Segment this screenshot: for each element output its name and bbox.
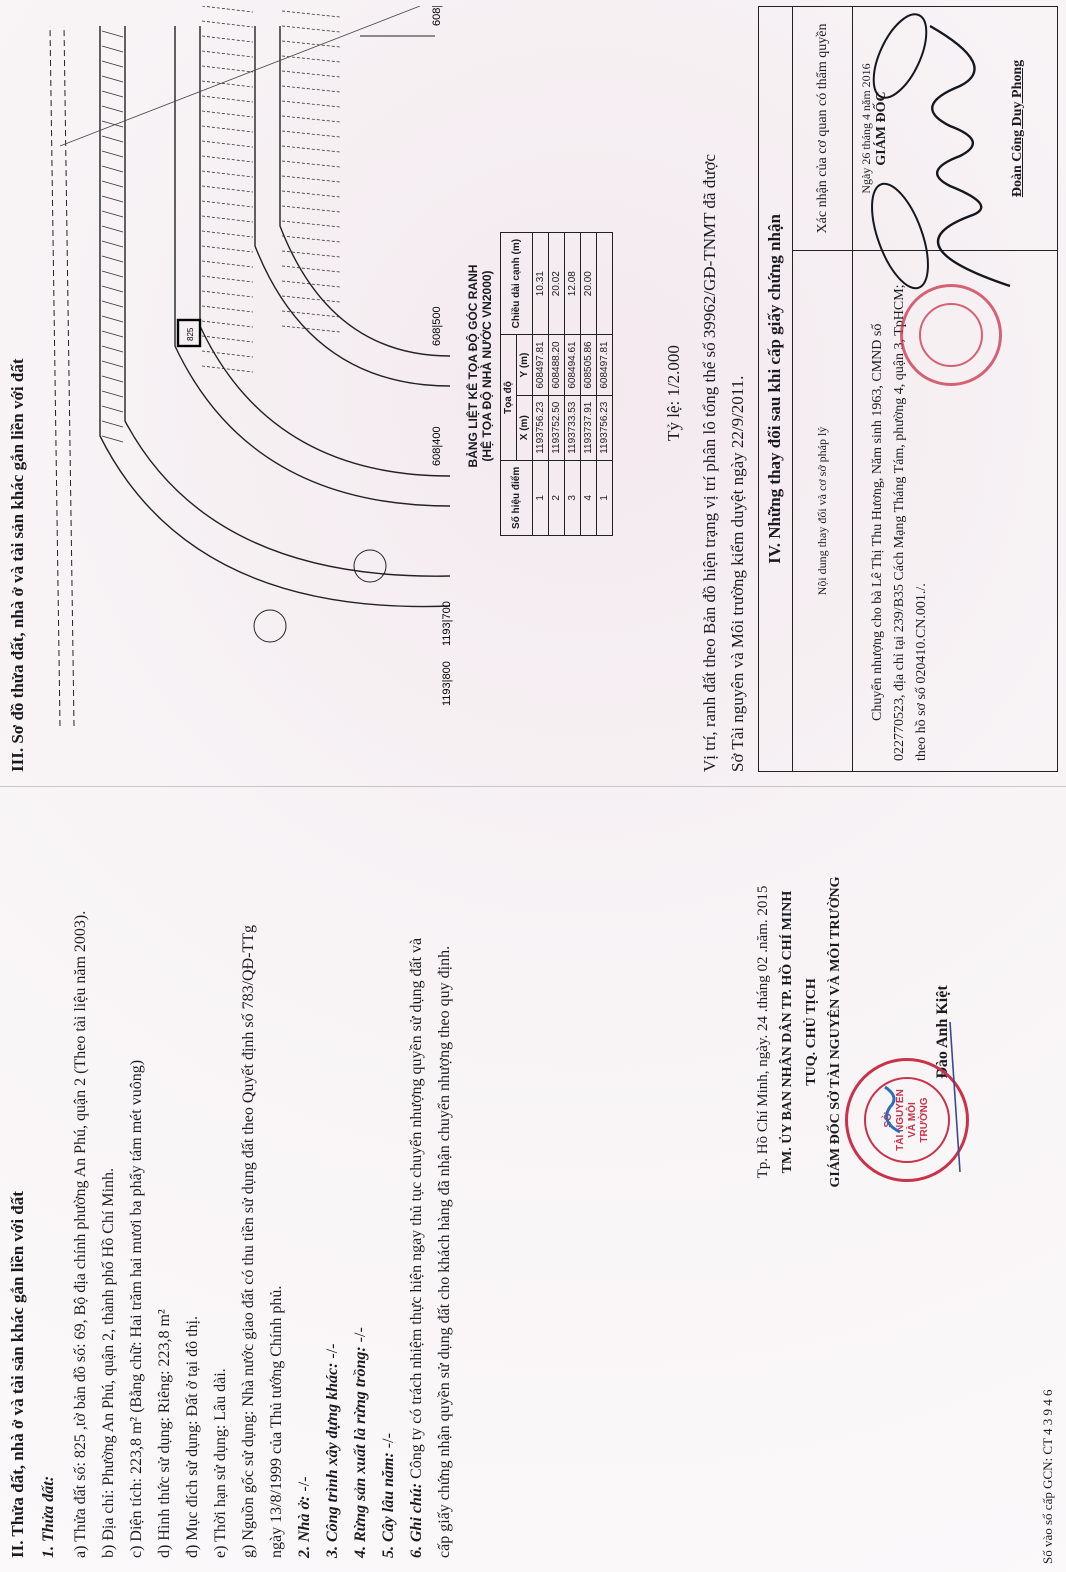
official-red-stamp: SỞ TÀI NGUYÊN VÀ MÔI TRƯỜNG: [845, 1058, 969, 1182]
construction-line: 3. Công trình xây dựng khác: -/-: [324, 1343, 342, 1558]
coords-cell-y: 608497.81: [533, 335, 549, 395]
confirmation-signature: Ngày 26 tháng 4 năm 2016 GIÁM ĐỐC Đoàn C…: [853, 7, 1058, 251]
coords-table-row: 11193756.23608497.81: [597, 232, 613, 535]
origin-line: g) Nguồn gốc sử dụng: Nhà nước giao đất …: [240, 925, 258, 1558]
coords-cell-length: 12.08: [565, 232, 581, 334]
col-confirmation: Xác nhận của cơ quan có thẩm quyền: [793, 7, 853, 251]
col-coord-group: Tọa độ: [501, 335, 517, 460]
coords-cell-x: 1193752.50: [549, 395, 565, 460]
confirm-date: Ngày 26 tháng 4 năm 2016: [859, 17, 874, 240]
forest-line: 4. Rừng sản xuất là rừng trồng: -/-: [352, 1327, 370, 1558]
confirm-title: GIÁM ĐỐC: [874, 17, 890, 240]
confirmation-red-stamp: [900, 284, 1002, 386]
house-value: -/-: [296, 1477, 313, 1496]
stamp-line: SỞ: [883, 1112, 895, 1127]
parcel-number-line: a) Thửa đất số: 825 ,tờ bản đồ số: 69, B…: [72, 911, 90, 1558]
perennial-line: 5. Cây lâu năm: -/-: [380, 1433, 398, 1558]
coords-cell-length: 20.00: [581, 232, 597, 334]
land-heading: 1. Thửa đất:: [40, 1476, 58, 1558]
issue-place-date: Tp. Hồ Chí Minh, ngày. 24 .tháng 02 .năm…: [755, 822, 772, 1242]
col-length: Chiều dài cạnh (m): [501, 232, 533, 334]
section-4-title: IV. Những thay đổi sau khi cấp giấy chứn…: [759, 7, 793, 772]
issuer-org: TM. ỦY BAN NHÂN DÂN TP. HỒ CHÍ MINH: [780, 822, 796, 1242]
coords-cell-x: 1193756.23: [533, 395, 549, 460]
left-page: II. Thửa đất, nhà ở và tài sản khác gắn …: [0, 786, 1066, 1572]
col-y: Y (m): [517, 335, 533, 395]
coords-cell-length: 20.02: [549, 232, 565, 334]
coords-cell-x: 1193733.53: [565, 395, 581, 460]
issuer-delegation: TUQ. CHỦ TỊCH: [804, 822, 820, 1242]
land-certificate-spread: II. Thửa đất, nhà ở và tài sản khác gắn …: [0, 0, 1066, 1572]
coords-table-title: BẢNG LIỆT KÊ TỌA ĐỘ GÓC RANH (HỆ TỌA ĐỘ …: [466, 176, 494, 556]
coords-title-line2: (HỆ TỌA ĐỘ NHÀ NƯỚC VN2000): [480, 176, 494, 556]
corner-coordinates-table: Số hiệu điểm Tọa độ Chiều dài cạnh (m) X…: [500, 232, 613, 536]
issuer-title: GIÁM ĐỐC SỞ TÀI NGUYÊN VÀ MÔI TRƯỜNG: [828, 822, 844, 1242]
coords-cell-y: 608497.81: [597, 335, 613, 395]
usage-term-line: e) Thời hạn sử dụng: Lâu dài.: [212, 1368, 230, 1558]
stamp-line: VÀ MÔI TRƯỜNG: [907, 1079, 931, 1161]
coords-cell-length: [597, 232, 613, 334]
position-note-cont: Sở Tài nguyên và Môi trường kiểm duyệt n…: [728, 376, 748, 772]
coords-cell-y: 608488.20: [549, 335, 565, 395]
usage-form-line: d) Hình thức sử dụng: Riêng: 223,8 m²: [156, 1309, 174, 1558]
forest-label: 4. Rừng sản xuất là rừng trồng:: [352, 1346, 369, 1558]
perennial-label: 5. Cây lâu năm:: [380, 1452, 397, 1558]
coords-cell-x: 1193737.91: [581, 395, 597, 460]
coords-table-row: 21193752.50608488.2020.02: [549, 232, 565, 535]
coords-cell-y: 608494.61: [565, 335, 581, 395]
col-point: Số hiệu điểm: [501, 460, 533, 535]
coords-title-line1: BẢNG LIỆT KÊ TỌA ĐỘ GÓC RANH: [466, 176, 480, 556]
coords-cell-y: 608505.86: [581, 335, 597, 395]
svg-text:1193|800: 1193|800: [441, 661, 453, 706]
coords-cell-length: 10.31: [533, 232, 549, 334]
note-label: 6. Ghi chú:: [408, 1483, 425, 1558]
coords-cell-point: 3: [565, 460, 581, 535]
coords-table-row: 31193733.53608494.6112.08: [565, 232, 581, 535]
coords-cell-point: 4: [581, 460, 597, 535]
changes-table: IV. Những thay đổi sau khi cấp giấy chứn…: [758, 6, 1058, 772]
issuer-name: Đào Anh Kiệt: [934, 822, 952, 1242]
house-label: 2. Nhà ở:: [296, 1496, 313, 1558]
address-line: b) Địa chỉ: Phường An Phú, quận 2, thành…: [100, 1168, 118, 1558]
svg-text:608|500: 608|500: [431, 6, 443, 26]
registry-number: Số vào sổ cấp GCN: CT 4 3 9 4 6: [1040, 1389, 1056, 1564]
section-2-title: II. Thửa đất, nhà ở và tài sản khác gắn …: [8, 1191, 28, 1558]
position-note: Vị trí, ranh đất theo Bản đồ hiện trạng …: [700, 154, 720, 772]
coords-cell-point: 2: [549, 460, 565, 535]
coords-table-row: 41193737.91608505.8620.00: [581, 232, 597, 535]
origin-line-cont: ngày 13/8/1999 của Thủ tướng Chính phủ.: [268, 1286, 286, 1558]
construction-value: -/-: [324, 1343, 341, 1362]
section-3-title: III. Sơ đồ thửa đất, nhà ở và tài sản kh…: [8, 359, 28, 773]
forest-value: -/-: [352, 1327, 369, 1346]
svg-text:608|500: 608|500: [431, 306, 443, 346]
note-text: Công ty có trách nhiệm thực hiện ngay th…: [408, 938, 425, 1483]
confirm-name: Đoàn Công Duy Phong: [1010, 17, 1026, 240]
parcel-map-drawing: 8251193|8001193|700608|400608|500608|500: [40, 6, 460, 766]
right-page: III. Sơ đồ thửa đất, nhà ở và tài sản kh…: [0, 0, 1066, 786]
usage-purpose-line: đ) Mục đích sử dụng: Đất ở tại đô thị.: [184, 1316, 202, 1558]
svg-text:608|400: 608|400: [431, 426, 443, 466]
construction-label: 3. Công trình xây dựng khác:: [324, 1363, 341, 1558]
col-change-content: Nội dung thay đổi và cơ sở pháp lý: [793, 251, 853, 772]
coords-cell-point: 1: [533, 460, 549, 535]
note-line-cont: cấp giấy chứng nhận quyền sử dụng đất ch…: [436, 946, 454, 1558]
note-line: 6. Ghi chú: Công ty có trách nhiệm thực …: [408, 938, 426, 1558]
coords-table-row: 11193756.23608497.8110.31: [533, 232, 549, 535]
perennial-value: -/-: [380, 1433, 397, 1452]
col-x: X (m): [517, 395, 533, 460]
coords-cell-x: 1193756.23: [597, 395, 613, 460]
coords-cell-point: 1: [597, 460, 613, 535]
area-line: c) Diện tích: 223,8 m² (Bằng chữ: Hai tr…: [128, 1060, 146, 1558]
svg-text:825: 825: [186, 327, 195, 341]
svg-text:1193|700: 1193|700: [441, 601, 453, 646]
stamp-line: TÀI NGUYÊN: [895, 1089, 907, 1151]
map-scale: Tỷ lệ: 1/2.000: [664, 0, 684, 786]
parcel-map: 8251193|8001193|700608|400608|500608|500: [40, 6, 460, 766]
house-line: 2. Nhà ở: -/-: [296, 1477, 314, 1558]
